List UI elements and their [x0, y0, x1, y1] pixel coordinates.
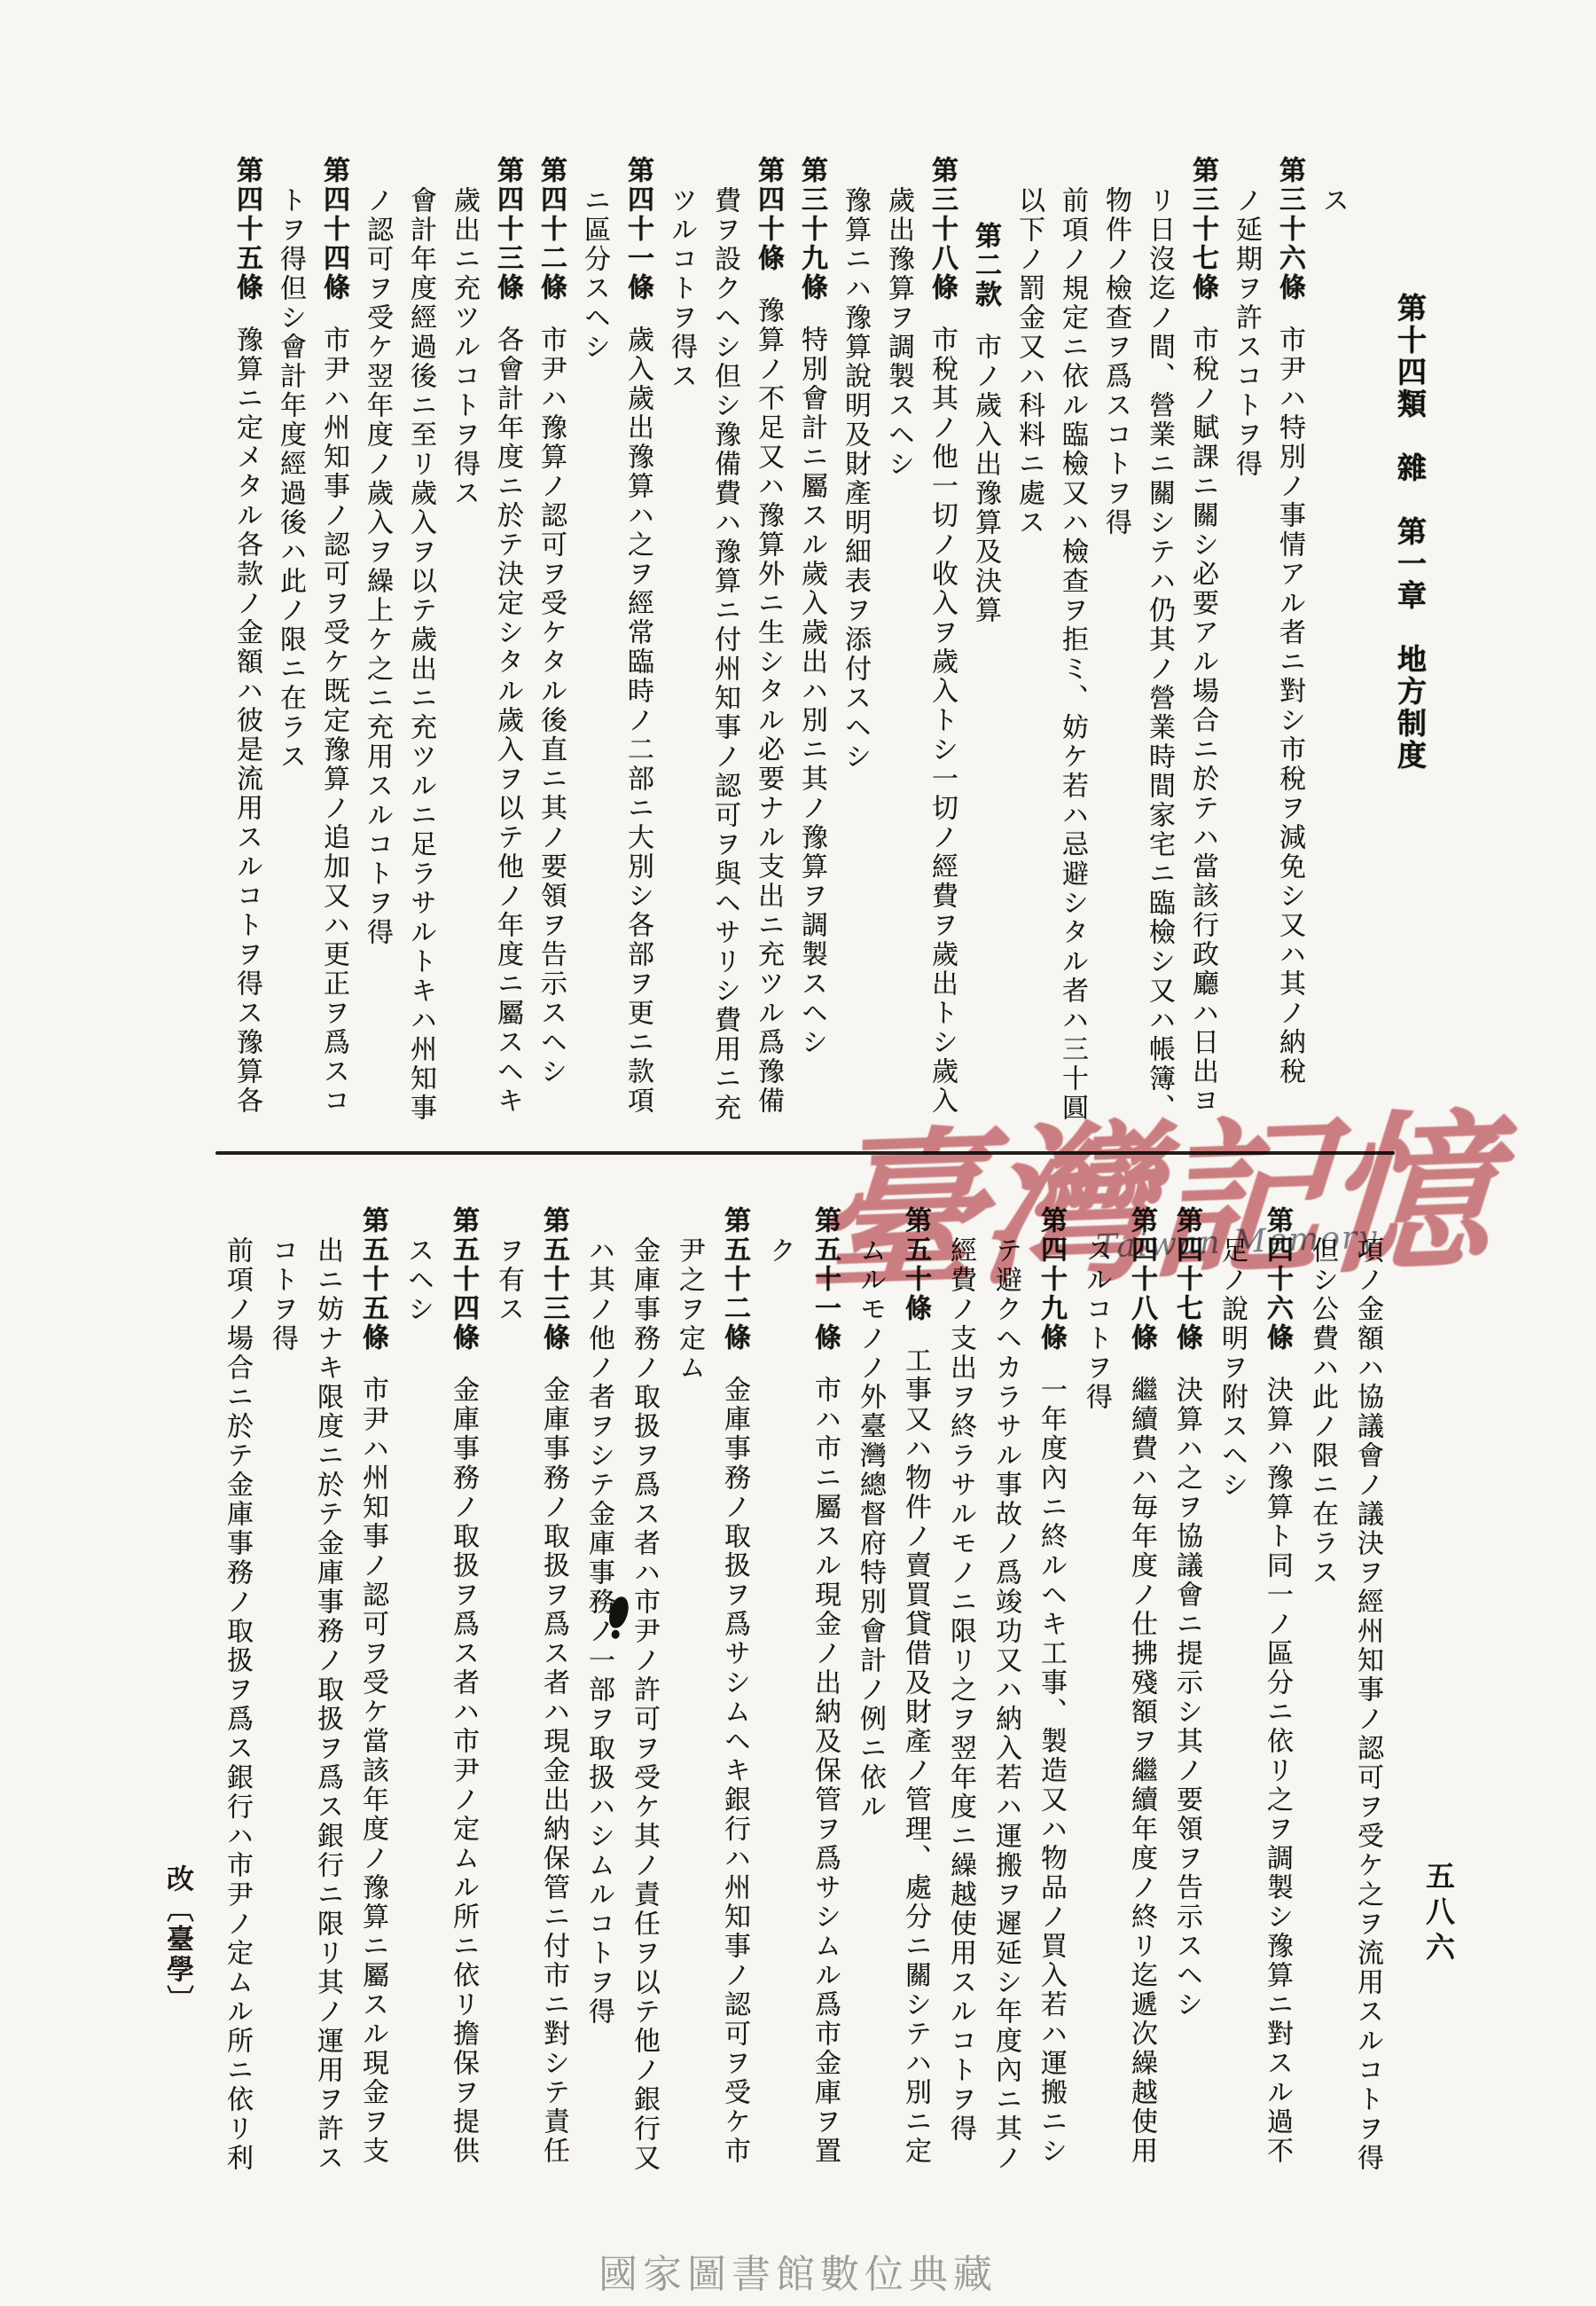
article-text: 市ハ市ニ屬スル現金ノ出納及保管ヲ爲サシムル爲市金庫ヲ置 — [810, 1376, 840, 2166]
text-column: テ避クヘカラサル事故ノ爲竣功又ハ納入若ハ運搬ヲ遲延シ年度內ニ其ノ — [983, 1206, 1029, 2239]
article-number: 第四十三條 — [493, 156, 522, 302]
text-band-bottom: 項ノ金額ハ協議會ノ議決ヲ經州知事ノ認可ヲ受ケ之ヲ流用スルコトヲ得但シ公費ハ此ノ限… — [215, 1206, 1390, 2208]
article-number: 第五十五條 — [358, 1206, 387, 1353]
text-column: 費ヲ設クヘシ但シ豫備費ハ豫算ニ付州知事ノ認可ヲ與ヘサリシ費用ニ充 — [703, 156, 747, 1187]
band-divider — [215, 1151, 1395, 1155]
article-column: 第五十條工事又ハ物件ノ賣買貸借及財產ノ管理、處分ニ關シテハ別ニ定 — [893, 1206, 938, 2208]
article-text: 市尹ハ豫算ノ認可ヲ受ケタル後直ニ其ノ要領ヲ告示スヘシ — [536, 326, 566, 1086]
article-number: 第三十九條 — [797, 156, 826, 302]
text-column: 但シ公費ハ此ノ限ニ在ラス — [1300, 1206, 1345, 2239]
article-column: 第四十二條市尹ハ豫算ノ認可ヲ受ケタル後直ニ其ノ要領ヲ告示スヘシ — [529, 156, 573, 1157]
article-number: 第五十二條 — [720, 1206, 749, 1353]
article-number: 第五十一條 — [810, 1206, 840, 1353]
article-number: 第四十條 — [754, 156, 783, 273]
article-text: 決算ハ之ヲ協議會ニ提示シ其ノ要領ヲ告示スヘシ — [1172, 1376, 1201, 2020]
article-text: 金庫事務ノ取扱ヲ爲ス者ハ現金出納保管ニ付市ニ對シテ責任 — [539, 1376, 568, 2166]
article-number: 第五十三條 — [539, 1206, 568, 1353]
text-column: ス — [1311, 156, 1355, 1187]
article-number: 第四十一條 — [623, 156, 653, 302]
article-text: 一年度內ニ終ルヘキ工事、製造又ハ物品ノ買入若ハ運搬ニシ — [1037, 1376, 1066, 2166]
article-column: 第四十條豫算ノ不足又ハ豫算外ニ生シタル必要ナル支出ニ充ツル爲豫備 — [747, 156, 790, 1157]
article-column: 第五十五條市尹ハ州知事ノ認可ヲ受ケ當該年度ノ豫算ニ屬スル現金ヲ支 — [350, 1206, 395, 2208]
text-column: 以下ノ罰金又ハ科料ニ處ス — [1007, 156, 1051, 1187]
text-column: 項ノ金額ハ協議會ノ議決ヲ經州知事ノ認可ヲ受ケ之ヲ流用スルコトヲ得 — [1345, 1206, 1390, 2239]
article-number: 第四十八條 — [1127, 1206, 1156, 1353]
text-column: 足ノ說明ヲ附スヘシ — [1209, 1206, 1255, 2239]
text-column: スヘシ — [395, 1206, 441, 2239]
article-text: 繼續費ハ毎年度ノ仕拂殘額ヲ繼續年度ノ終リ迄遞次繰越使用 — [1127, 1376, 1156, 2166]
article-column: 第三十八條市稅其ノ他一切ノ收入ヲ歲入トシ一切ノ經費ヲ歲出トシ歲入 — [920, 156, 964, 1157]
section-header: 第十四類 雜 第一章 地方制度 — [1389, 293, 1430, 789]
text-column: トヲ得但シ會計年度經過後ハ此ノ限ニ在ラス — [269, 156, 312, 1187]
article-text: 市尹ハ州知事ノ認可ヲ受ケ當該年度ノ豫算ニ屬スル現金ヲ支 — [358, 1376, 387, 2166]
article-text: 市尹ハ州知事ノ認可ヲ受ケ既定豫算ノ追加又ハ更正ヲ爲スコ — [319, 326, 348, 1116]
article-column: 第四十一條歲入歲出豫算ハ之ヲ經常臨時ノ二部ニ大別シ各部ヲ更ニ款項 — [616, 156, 660, 1157]
margin-note: 改〔臺學〕 — [158, 1864, 198, 2015]
text-column: ク — [757, 1206, 802, 2239]
article-column: 第四十四條市尹ハ州知事ノ認可ヲ受ケ既定豫算ノ追加又ハ更正ヲ爲スコ — [312, 156, 356, 1157]
article-column: 第三十九條特別會計ニ屬スル歲入歲出ハ別ニ其ノ豫算ヲ調製スヘシ — [790, 156, 833, 1157]
text-column: 尹之ヲ定ム — [667, 1206, 712, 2239]
text-column: ノ延期ヲ許スコトヲ得 — [1224, 156, 1268, 1187]
article-column: 第四十三條各會計年度ニ於テ決定シタル歲入ヲ以テ他ノ年度ニ屬スヘキ — [486, 156, 529, 1157]
article-column: 第五十一條市ハ市ニ屬スル現金ノ出納及保管ヲ爲サシムル爲市金庫ヲ置 — [802, 1206, 848, 2208]
text-column: リ日沒迄ノ間、營業ニ關シテハ仍其ノ營業時間家宅ニ臨檢シ又ハ帳簿、 — [1138, 156, 1181, 1187]
archive-footer: 國家圖書館數位典藏 — [598, 2242, 997, 2299]
article-number: 第二款 — [971, 222, 1000, 310]
text-column: 金庫事務ノ取扱ヲ爲ス者ハ市尹ノ許可ヲ受ケ其ノ責任ヲ以テ他ノ銀行又 — [622, 1206, 667, 2239]
article-number: 第三十七條 — [1188, 156, 1217, 302]
text-column: 歲出豫算ヲ調製スヘシ — [877, 156, 920, 1187]
article-column: 第三十七條市稅ノ賦課ニ關シ必要アル場合ニ於テハ當該行政廳ハ日出ヨ — [1181, 156, 1224, 1157]
article-column: 第四十五條豫算ニ定メタル各款ノ金額ハ彼是流用スルコトヲ得ス豫算各 — [225, 156, 269, 1157]
text-column: スルコトヲ得 — [1074, 1206, 1119, 2239]
article-column: 第五十三條金庫事務ノ取扱ヲ爲ス者ハ現金出納保管ニ付市ニ對シテ責任 — [531, 1206, 576, 2208]
text-column: ハ其ノ他ノ者ヲシテ金庫事務ノ一部ヲ取扱ハシムルコトヲ得 — [576, 1206, 622, 2239]
article-text: 決算ハ豫算ト同一ノ區分ニ依リ之ヲ調製シ豫算ニ對スル過不 — [1263, 1376, 1292, 2166]
text-column: 經費ノ支出ヲ終ラサルモノニ限リ之ヲ翌年度ニ繰越使用スルコトヲ得 — [938, 1206, 983, 2239]
text-column: ニ區分スヘシ — [573, 156, 616, 1187]
text-column: ヲ有ス — [486, 1206, 531, 2239]
article-number: 第四十四條 — [319, 156, 348, 302]
text-column: 物件ノ檢查ヲ爲スコトヲ得 — [1094, 156, 1138, 1187]
article-number: 第五十四條 — [449, 1206, 478, 1353]
article-text: 金庫事務ノ取扱ヲ爲ス者ハ市尹ノ定ムル所ニ依リ擔保ヲ提供 — [449, 1376, 478, 2166]
text-column: 會計年度經過後ニ至リ歲入ヲ以テ歲出ニ充ツルニ足ラサルトキハ州知事 — [399, 156, 442, 1187]
article-number: 第四十五條 — [232, 156, 262, 302]
article-text: 歲入歲出豫算ハ之ヲ經常臨時ノ二部ニ大別シ各部ヲ更ニ款項 — [623, 326, 653, 1116]
article-column: 第三十六條市尹ハ特別ノ事情アル者ニ對シ市稅ヲ減免シ又ハ其ノ納稅 — [1268, 156, 1311, 1157]
article-number: 第五十條 — [901, 1206, 930, 1323]
article-text: 金庫事務ノ取扱ヲ爲サシムヘキ銀行ハ州知事ノ認可ヲ受ケ市 — [720, 1376, 749, 2166]
article-column: 第四十八條繼續費ハ毎年度ノ仕拂殘額ヲ繼續年度ノ終リ迄遞次繰越使用 — [1119, 1206, 1164, 2208]
article-number: 第三十八條 — [927, 156, 957, 302]
document-page: 第十四類 雜 第一章 地方制度 ス第三十六條市尹ハ特別ノ事情アル者ニ對シ市稅ヲ減… — [0, 0, 1596, 2306]
page-number: 五八六 — [1417, 1861, 1459, 1967]
article-text: 市稅其ノ他一切ノ收入ヲ歲入トシ一切ノ經費ヲ歲出トシ歲入 — [927, 326, 957, 1116]
text-column: ノ認可ヲ受ケ翌年度ノ歲入ヲ繰上ケ之ニ充用スルコトヲ得 — [356, 156, 399, 1187]
article-column: 第五十四條金庫事務ノ取扱ヲ爲ス者ハ市尹ノ定ムル所ニ依リ擔保ヲ提供 — [441, 1206, 486, 2208]
article-text: 市稅ノ賦課ニ關シ必要アル場合ニ於テハ當該行政廳ハ日出ヨ — [1188, 326, 1217, 1116]
text-column: 前項ノ規定ニ依ル臨檢又ハ檢查ヲ拒ミ、妨ケ若ハ忌避シタル者ハ三十圓 — [1051, 156, 1094, 1187]
article-number: 第四十六條 — [1263, 1206, 1292, 1353]
article-number: 第四十二條 — [536, 156, 566, 302]
article-text: 市尹ハ特別ノ事情アル者ニ對シ市稅ヲ減免シ又ハ其ノ納稅 — [1275, 326, 1304, 1086]
text-column: 出ニ妨ナキ限度ニ於テ金庫事務ノ取扱ヲ爲ス銀行ニ限リ其ノ運用ヲ許ス — [305, 1206, 350, 2239]
text-column: コトヲ得 — [260, 1206, 305, 2239]
article-number: 第四十七條 — [1172, 1206, 1201, 1353]
text-column: ツルコトヲ得ス — [660, 156, 703, 1187]
article-text: 市ノ歲入出豫算及決算 — [971, 333, 1000, 625]
article-number: 第三十六條 — [1275, 156, 1304, 302]
text-column: 前項ノ場合ニ於テ金庫事務ノ取扱ヲ爲ス銀行ハ市尹ノ定ムル所ニ依リ利 — [215, 1206, 260, 2239]
article-column: 第四十七條決算ハ之ヲ協議會ニ提示シ其ノ要領ヲ告示スヘシ — [1164, 1206, 1209, 2208]
article-column: 第二款市ノ歲入出豫算及決算 — [964, 156, 1007, 1222]
article-text: 特別會計ニ屬スル歲入歲出ハ別ニ其ノ豫算ヲ調製スヘシ — [797, 326, 826, 1057]
article-text: 豫算ノ不足又ハ豫算外ニ生シタル必要ナル支出ニ充ツル爲豫備 — [754, 296, 783, 1116]
article-column: 第四十九條一年度內ニ終ルヘキ工事、製造又ハ物品ノ買入若ハ運搬ニシ — [1029, 1206, 1074, 2208]
text-band-top: ス第三十六條市尹ハ特別ノ事情アル者ニ對シ市稅ヲ減免シ又ハ其ノ納稅ノ延期ヲ許スコト… — [225, 156, 1355, 1157]
article-text: 工事又ハ物件ノ賣買貸借及財產ノ管理、處分ニ關シテハ別ニ定 — [901, 1346, 930, 2166]
article-column: 第五十二條金庫事務ノ取扱ヲ爲サシムヘキ銀行ハ州知事ノ認可ヲ受ケ市 — [712, 1206, 757, 2208]
text-column: ムルモノノ外臺灣總督府特別會計ノ例ニ依ル — [848, 1206, 893, 2239]
article-text: 豫算ニ定メタル各款ノ金額ハ彼是流用スルコトヲ得ス豫算各 — [232, 326, 262, 1116]
text-column: 歲出ニ充ツルコトヲ得ス — [442, 156, 486, 1187]
article-number: 第四十九條 — [1037, 1206, 1066, 1353]
article-column: 第四十六條決算ハ豫算ト同一ノ區分ニ依リ之ヲ調製シ豫算ニ對スル過不 — [1255, 1206, 1300, 2208]
text-column: 豫算ニハ豫算說明及財產明細表ヲ添付スヘシ — [833, 156, 877, 1187]
article-text: 各會計年度ニ於テ決定シタル歲入ヲ以テ他ノ年度ニ屬スヘキ — [493, 326, 522, 1116]
